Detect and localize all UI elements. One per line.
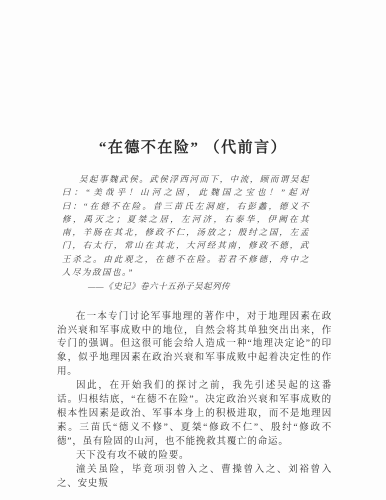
paragraph: 天下没有攻不破的险要。 [57, 450, 332, 464]
paragraph: 因此，在开始我们的探讨之前，我先引述吴起的这番话。归根结底，“在德不在险”。决定… [57, 380, 332, 450]
paragraph: 在一本专门讨论军事地理的著作中，对于地理因素在政治兴衰和军事成败中的地位，自然会… [57, 311, 332, 381]
epigraph-quote: 吴起事魏武侯。武侯浮西河而下，中流，顾而谓吴起曰：“美哉乎！山河之固，此魏国之宝… [62, 173, 310, 279]
chapter-title: “在德不在险” （代前言） [0, 136, 386, 157]
paragraph: 潼关虽险，毕竟项羽曾入之、曹操曾入之、刘裕曾入之、安史叛 [57, 464, 332, 492]
book-page: “在德不在险” （代前言） 吴起事魏武侯。武侯浮西河而下，中流，顾而谓吴起曰：“… [0, 0, 386, 500]
epigraph-attribution: ——《史记》卷六十五孙子吴起列传 [88, 280, 386, 293]
body-text-block: 在一本专门讨论军事地理的著作中，对于地理因素在政治兴衰和军事成败中的地位，自然会… [57, 311, 332, 492]
